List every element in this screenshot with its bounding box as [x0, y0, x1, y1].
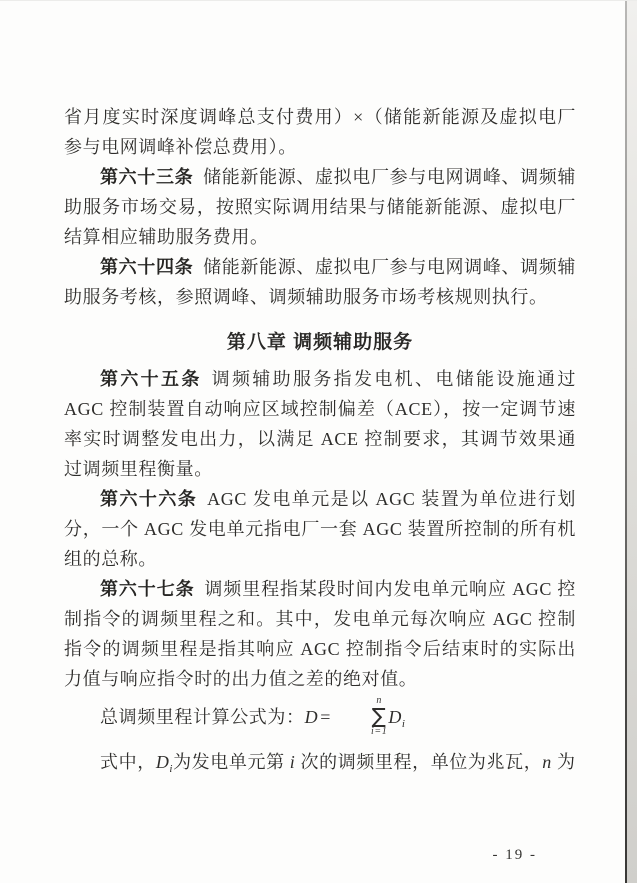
document-text-area: 省月度实时深度调峰总支付费用）×（储能新能源及虚拟电厂参与电网调峰补偿总费用）。… [64, 102, 576, 784]
article-paragraph: 第六十六条AGC 发电单元是以 AGC 装置为单位进行划分，一个 AGC 发电单… [64, 484, 576, 574]
body-paragraph: 省月度实时深度调峰总支付费用）×（储能新能源及虚拟电厂参与电网调峰补偿总费用）。 [64, 102, 576, 162]
article-number: 第六十五条 [100, 369, 202, 389]
article-paragraph: 第六十四条储能新能源、虚拟电厂参与电网调峰、调频辅助服务考核，参照调峰、调频辅助… [64, 252, 576, 312]
article-number: 第六十三条 [100, 167, 193, 187]
scan-edge-line [625, 1, 627, 883]
formula-paragraph: 总调频里程计算公式为：D=n∑i=1Di [64, 694, 576, 747]
sum-symbol: n∑i=1 [335, 696, 387, 737]
article-number: 第六十七条 [100, 579, 195, 599]
article-paragraph: 第六十三条储能新能源、虚拟电厂参与电网调峰、调频辅助服务市场交易，按照实际调用结… [64, 162, 576, 252]
scan-edge-shadow [626, 1, 637, 883]
body-paragraph: 式中，Di为发电单元第 i 次的调频里程，单位为兆瓦，n 为 [64, 747, 576, 784]
formula: D=n∑i=1Di [305, 707, 406, 727]
scanned-document-page: 省月度实时深度调峰总支付费用）×（储能新能源及虚拟电厂参与电网调峰补偿总费用）。… [0, 0, 637, 883]
article-number: 第六十四条 [100, 257, 193, 277]
article-number: 第六十六条 [100, 489, 197, 509]
article-paragraph: 第六十五条调频辅助服务指发电机、电储能设施通过 AGC 控制装置自动响应区域控制… [64, 364, 576, 484]
chapter-heading: 第八章 调频辅助服务 [64, 328, 576, 358]
page-number: - 19 - [493, 847, 538, 864]
article-paragraph: 第六十七条调频里程指某段时间内发电单元响应 AGC 控制指令的调频里程之和。其中… [64, 574, 576, 694]
